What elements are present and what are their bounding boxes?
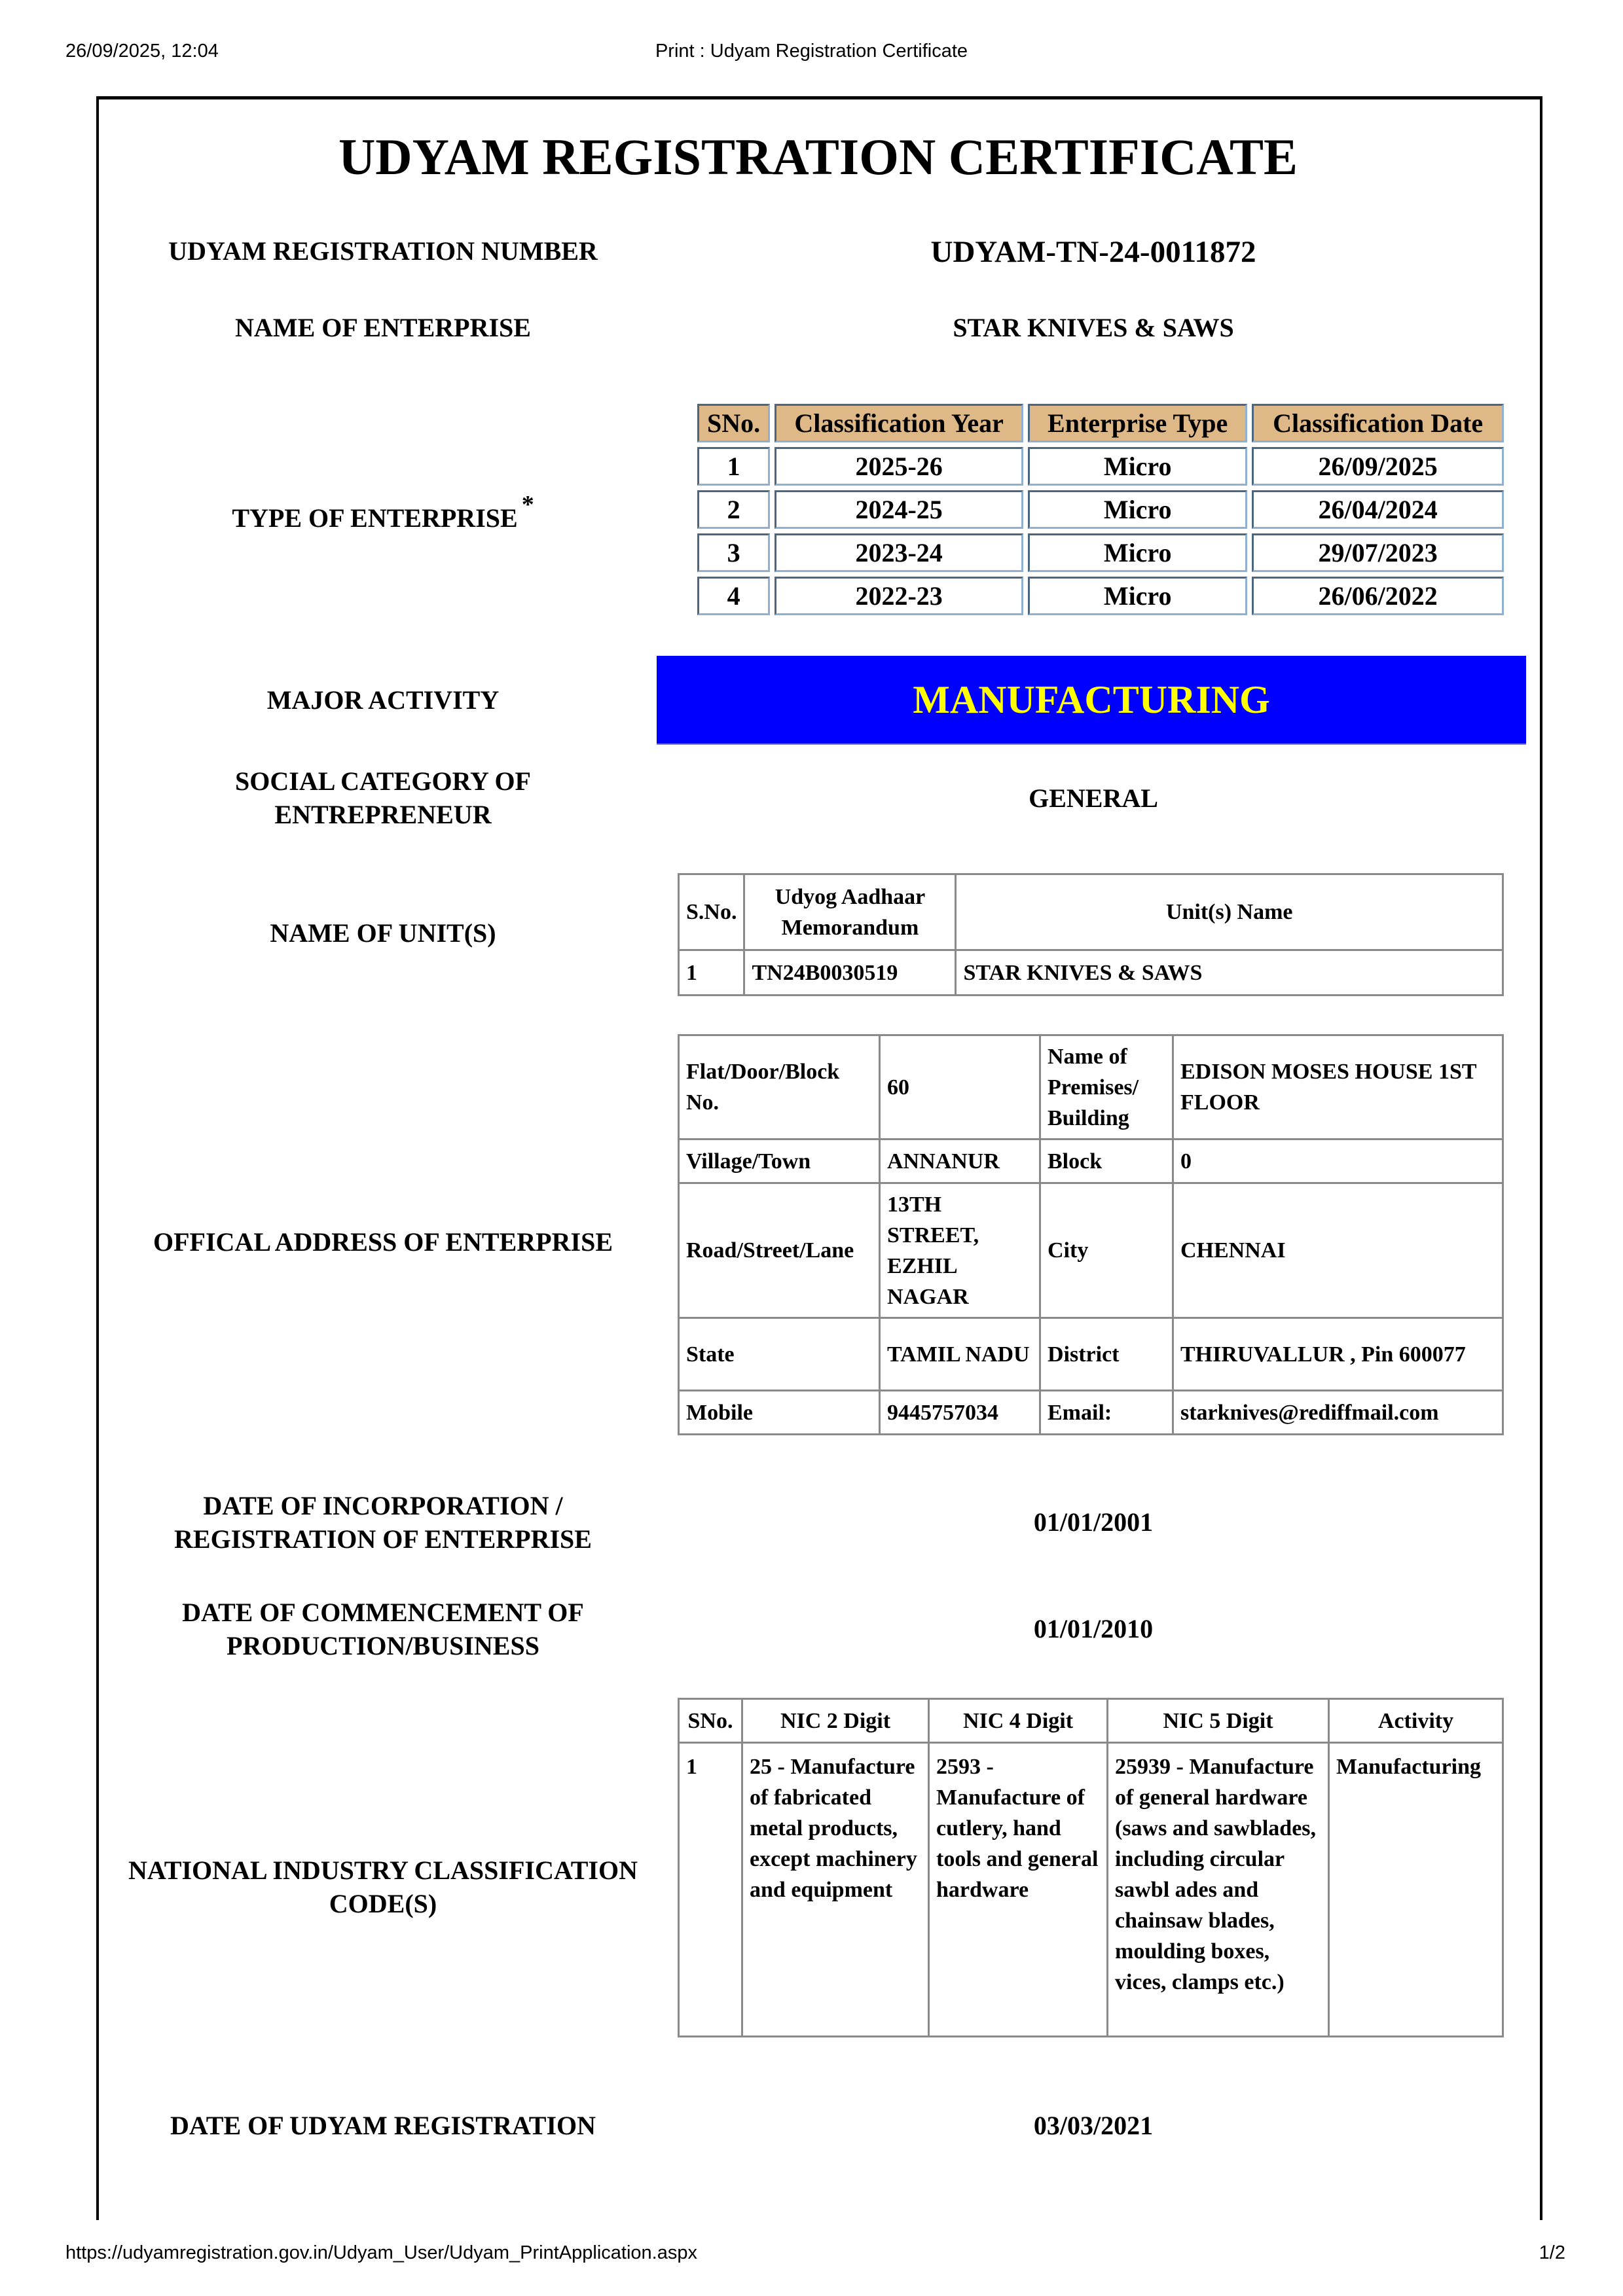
print-url: https://udyamregistration.gov.in/Udyam_U…: [65, 2242, 697, 2264]
page-number: 1/2: [1539, 2242, 1565, 2264]
enterprise-type-label: TYPE OF ENTERPRISE*: [128, 501, 638, 536]
table-row: 4 2022-23 Micro 26/06/2022: [697, 577, 1504, 615]
col-sno: SNo.: [697, 404, 770, 442]
cell-year: 2022-23: [775, 577, 1023, 615]
address-row: Flat/Door/Block No. 60 Name of Premises/…: [679, 1035, 1503, 1139]
address-label: OFFICAL ADDRESS OF ENTERPRISE: [128, 1225, 638, 1259]
block-value: 0: [1173, 1139, 1503, 1183]
cell-date: 26/06/2022: [1252, 577, 1504, 615]
address-row: State TAMIL NADU District THIRUVALLUR , …: [679, 1318, 1503, 1391]
address-row: Mobile 9445757034 Email: starknives@redi…: [679, 1391, 1503, 1435]
address-table: Flat/Door/Block No. 60 Name of Premises/…: [678, 1034, 1504, 1435]
cell-type: Micro: [1028, 490, 1247, 529]
classification-header-row: SNo. Classification Year Enterprise Type…: [697, 404, 1504, 442]
units-table: S.No. Udyog Aadhaar Memorandum Unit(s) N…: [678, 873, 1504, 996]
cell-date: 26/09/2025: [1252, 447, 1504, 486]
premises-label: Name of Premises/ Building: [1040, 1035, 1173, 1139]
col-udyog-aadhaar: Udyog Aadhaar Memorandum: [744, 874, 956, 950]
state-label: State: [679, 1318, 880, 1391]
col-nic-4: NIC 4 Digit: [929, 1699, 1108, 1743]
enterprise-type-label-text: TYPE OF ENTERPRISE: [232, 503, 517, 533]
udyam-registration-date-label: DATE OF UDYAM REGISTRATION: [128, 2109, 638, 2142]
cell-activity: Manufacturing: [1329, 1743, 1503, 2037]
social-category-label: SOCIAL CATEGORY OF ENTREPRENEUR: [128, 764, 638, 831]
col-sno: S.No.: [679, 874, 744, 950]
social-category: GENERAL: [658, 781, 1529, 815]
incorporation-date-label: DATE OF INCORPORATION / REGISTRATION OF …: [128, 1489, 638, 1556]
cell-date: 26/04/2024: [1252, 490, 1504, 529]
cell-year: 2025-26: [775, 447, 1023, 486]
nic-table: SNo. NIC 2 Digit NIC 4 Digit NIC 5 Digit…: [678, 1698, 1504, 2037]
nic-label: NATIONAL INDUSTRY CLASSIFICATION CODE(S): [128, 1854, 638, 1920]
state-value: TAMIL NADU: [880, 1318, 1040, 1391]
classification-table: SNo. Classification Year Enterprise Type…: [693, 399, 1508, 620]
road-value: 13TH STREET, EZHIL NAGAR: [880, 1183, 1040, 1318]
table-row: 1 TN24B0030519 STAR KNIVES & SAWS: [679, 950, 1503, 996]
district-value: THIRUVALLUR , Pin 600077: [1173, 1318, 1503, 1391]
table-row: 1 2025-26 Micro 26/09/2025: [697, 447, 1504, 486]
email-value: starknives@rediffmail.com: [1173, 1391, 1503, 1435]
cell-sno: 3: [697, 533, 770, 572]
cell-nic-4: 2593 - Manufacture of cutlery, hand tool…: [929, 1743, 1108, 2037]
registration-number-label: UDYAM REGISTRATION NUMBER: [128, 234, 638, 268]
district-label: District: [1040, 1318, 1173, 1391]
address-row: Road/Street/Lane 13TH STREET, EZHIL NAGA…: [679, 1183, 1503, 1318]
units-label: NAME OF UNIT(S): [128, 916, 638, 950]
village-value: ANNANUR: [880, 1139, 1040, 1183]
email-label: Email:: [1040, 1391, 1173, 1435]
col-nic-2: NIC 2 Digit: [742, 1699, 929, 1743]
registration-number: UDYAM-TN-24-0011872: [658, 236, 1529, 269]
cell-sno: 4: [697, 577, 770, 615]
cell-type: Micro: [1028, 533, 1247, 572]
cell-nic-2: 25 - Manufacture of fabricated metal pro…: [742, 1743, 929, 2037]
flat-label: Flat/Door/Block No.: [679, 1035, 880, 1139]
col-classification-date: Classification Date: [1252, 404, 1504, 442]
col-enterprise-type: Enterprise Type: [1028, 404, 1247, 442]
city-value: CHENNAI: [1173, 1183, 1503, 1318]
col-classification-year: Classification Year: [775, 404, 1023, 442]
road-label: Road/Street/Lane: [679, 1183, 880, 1318]
mobile-label: Mobile: [679, 1391, 880, 1435]
cell-sno: 1: [679, 950, 744, 996]
table-row: 1 25 - Manufacture of fabricated metal p…: [679, 1743, 1503, 2037]
col-activity: Activity: [1329, 1699, 1503, 1743]
cell-sno: 1: [679, 1743, 742, 2037]
premises-value: EDISON MOSES HOUSE 1ST FLOOR: [1173, 1035, 1503, 1139]
flat-value: 60: [880, 1035, 1040, 1139]
print-title: Print : Udyam Registration Certificate: [0, 41, 1623, 62]
cell-year: 2024-25: [775, 490, 1023, 529]
udyam-registration-date: 03/03/2021: [658, 2109, 1529, 2142]
nic-header-row: SNo. NIC 2 Digit NIC 4 Digit NIC 5 Digit…: [679, 1699, 1503, 1743]
enterprise-name-label: NAME OF ENTERPRISE: [128, 311, 638, 344]
cell-uam: TN24B0030519: [744, 950, 956, 996]
city-label: City: [1040, 1183, 1173, 1318]
col-nic-5: NIC 5 Digit: [1108, 1699, 1329, 1743]
mobile-value: 9445757034: [880, 1391, 1040, 1435]
major-activity-label: MAJOR ACTIVITY: [128, 683, 638, 717]
address-row: Village/Town ANNANUR Block 0: [679, 1139, 1503, 1183]
table-row: 3 2023-24 Micro 29/07/2023: [697, 533, 1504, 572]
cell-nic-5: 25939 - Manufacture of general hardware …: [1108, 1743, 1329, 2037]
cell-sno: 2: [697, 490, 770, 529]
cell-unit-name: STAR KNIVES & SAWS: [956, 950, 1503, 996]
col-sno: SNo.: [679, 1699, 742, 1743]
print-footer: https://udyamregistration.gov.in/Udyam_U…: [0, 2242, 1623, 2269]
print-header: 26/09/2025, 12:04 Print : Udyam Registra…: [0, 41, 1623, 67]
cell-type: Micro: [1028, 577, 1247, 615]
incorporation-date: 01/01/2001: [658, 1505, 1529, 1539]
commencement-date-label: DATE OF COMMENCEMENT OF PRODUCTION/BUSIN…: [128, 1596, 638, 1662]
units-header-row: S.No. Udyog Aadhaar Memorandum Unit(s) N…: [679, 874, 1503, 950]
cell-year: 2023-24: [775, 533, 1023, 572]
enterprise-name: STAR KNIVES & SAWS: [658, 311, 1529, 344]
table-row: 2 2024-25 Micro 26/04/2024: [697, 490, 1504, 529]
col-unit-name: Unit(s) Name: [956, 874, 1503, 950]
village-label: Village/Town: [679, 1139, 880, 1183]
asterisk-icon: *: [522, 491, 534, 518]
commencement-date: 01/01/2010: [658, 1612, 1529, 1645]
cell-sno: 1: [697, 447, 770, 486]
major-activity-banner: MANUFACTURING: [657, 656, 1526, 745]
cell-type: Micro: [1028, 447, 1247, 486]
block-label: Block: [1040, 1139, 1173, 1183]
certificate-title: UDYAM REGISTRATION CERTIFICATE: [96, 128, 1540, 187]
cell-date: 29/07/2023: [1252, 533, 1504, 572]
